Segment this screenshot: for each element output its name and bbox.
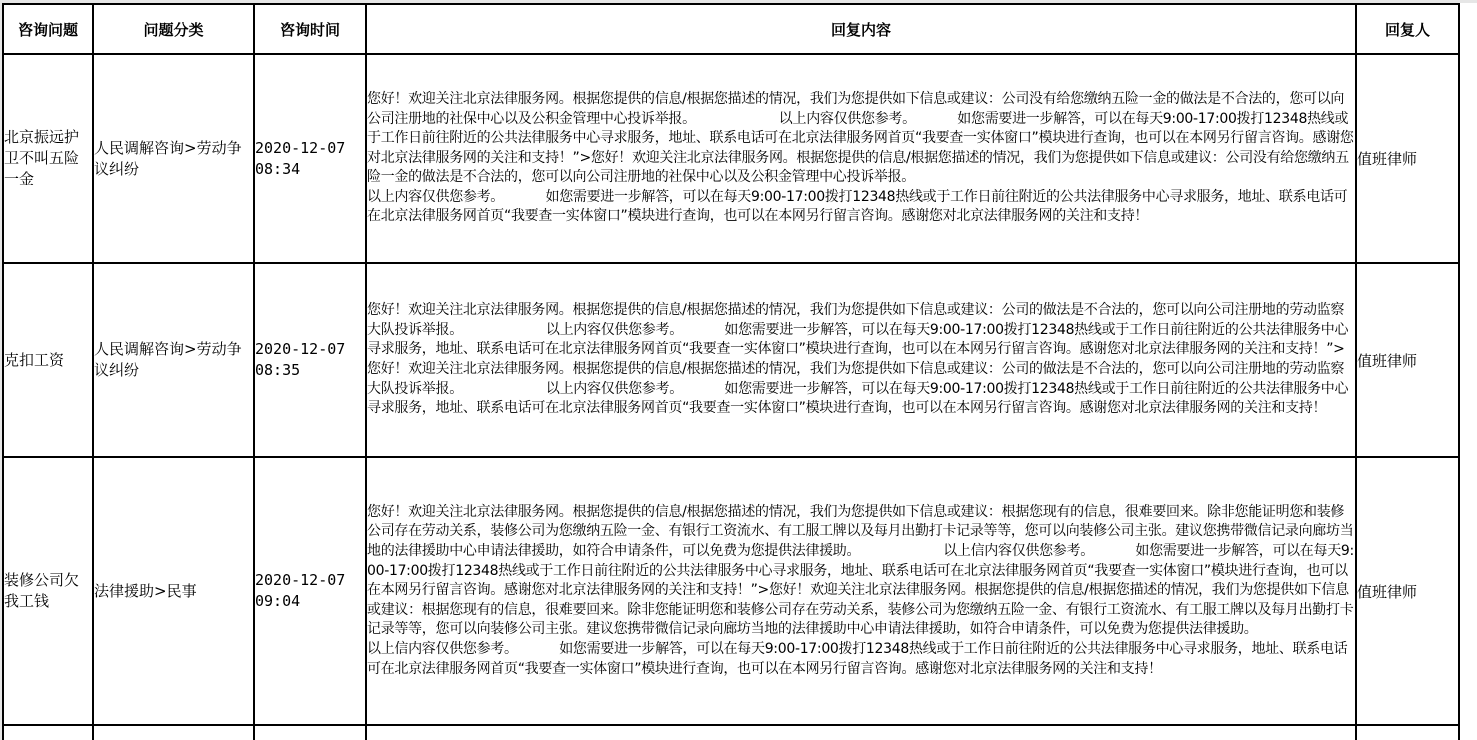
header-row: 咨询问题 问题分类 咨询时间 回复内容 回复人 (3, 4, 1459, 54)
cell-replier[interactable]: 值班律师 (1356, 54, 1459, 263)
header-question[interactable]: 咨询问题 (3, 4, 93, 54)
cell-category[interactable]: 人民调解咨询>劳动争议纠纷 (93, 54, 254, 263)
cell-category[interactable]: 人民调解咨询>劳动争议纠纷 (93, 263, 254, 457)
cell-reply[interactable]: 您好！欢迎关注北京法律服务网。根据您提供的信息/根据您描述的情况，我们为您提供如… (366, 54, 1356, 263)
cell-empty[interactable] (254, 725, 366, 740)
table-row: 装修公司欠我工钱 法律援助>民事 2020-12-07 09:04 您好！欢迎关… (3, 457, 1459, 725)
cell-empty[interactable] (3, 725, 93, 740)
cell-time[interactable]: 2020-12-07 08:34 (254, 54, 366, 263)
cell-question[interactable]: 克扣工资 (3, 263, 93, 457)
header-replier[interactable]: 回复人 (1356, 4, 1459, 54)
cell-empty[interactable] (366, 725, 1356, 740)
cell-reply[interactable]: 您好！欢迎关注北京法律服务网。根据您提供的信息/根据您描述的情况，我们为您提供如… (366, 263, 1356, 457)
cell-empty[interactable] (93, 725, 254, 740)
table-row: 北京振远护卫不叫五险一金 人民调解咨询>劳动争议纠纷 2020-12-07 08… (3, 54, 1459, 263)
header-reply[interactable]: 回复内容 (366, 4, 1356, 54)
cell-question[interactable]: 装修公司欠我工钱 (3, 457, 93, 725)
cell-empty[interactable] (1356, 725, 1459, 740)
table-row-partial (3, 725, 1459, 740)
header-category[interactable]: 问题分类 (93, 4, 254, 54)
header-time[interactable]: 咨询时间 (254, 4, 366, 54)
cell-replier[interactable]: 值班律师 (1356, 263, 1459, 457)
cell-category[interactable]: 法律援助>民事 (93, 457, 254, 725)
cell-time[interactable]: 2020-12-07 08:35 (254, 263, 366, 457)
table-row: 克扣工资 人民调解咨询>劳动争议纠纷 2020-12-07 08:35 您好！欢… (3, 263, 1459, 457)
cell-reply[interactable]: 您好！欢迎关注北京法律服务网。根据您提供的信息/根据您描述的情况，我们为您提供如… (366, 457, 1356, 725)
cell-time[interactable]: 2020-12-07 09:04 (254, 457, 366, 725)
cell-question[interactable]: 北京振远护卫不叫五险一金 (3, 54, 93, 263)
cell-replier[interactable]: 值班律师 (1356, 457, 1459, 725)
consultation-table: 咨询问题 问题分类 咨询时间 回复内容 回复人 北京振远护卫不叫五险一金 人民调… (2, 3, 1460, 740)
